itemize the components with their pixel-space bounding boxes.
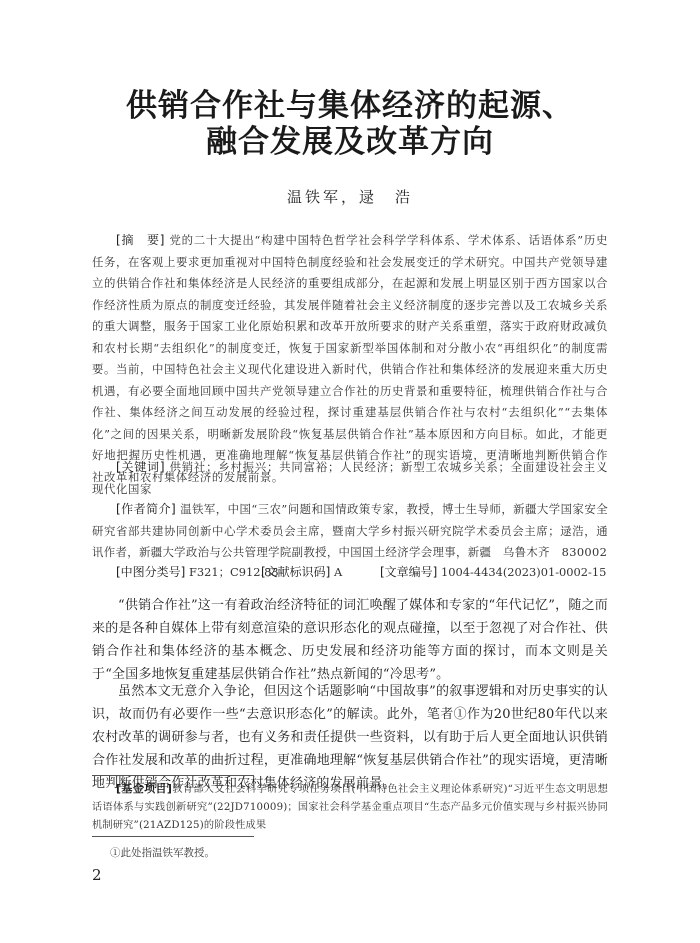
funding-note: [基金项目]教育部人文社会科学研究专项任务项目(中国特色社会主义理论体系研究)“… <box>92 780 608 835</box>
author-bio-label: [作者简介] <box>116 502 176 516</box>
clc-number: [中图分类号] F321；C912.83 <box>116 563 279 580</box>
funding-label: [基金项目] <box>116 782 172 795</box>
paper-page: 供销合作社与集体经济的起源、 融合发展及改革方向 温铁军，逯 浩 [摘 要] 党… <box>0 0 700 943</box>
page-number: 2 <box>92 866 102 884</box>
article-no-value: 1004-4434(2023)01-0002-15 <box>441 565 606 579</box>
body-paragraph: “供销合作社”这一有着政治经济特征的词汇唤醒了媒体和专家的“年代记忆”，随之而来… <box>92 594 608 686</box>
footnote-divider <box>92 775 254 776</box>
keywords-text: 供销社；乡村振兴；共同富裕；人民经济；新型工农城乡关系；全面建设社会主义现代化国… <box>92 460 608 496</box>
document-code: [文献标识码] A <box>261 563 342 580</box>
body-paragraph: 虽然本文无意介入争论，但因这个话题影响“中国故事”的叙事逻辑和对历史事实的认识，… <box>92 680 608 795</box>
doc-code-label: [文献标识码] <box>261 565 330 579</box>
article-no-label: [文章编号] <box>380 565 437 579</box>
keywords-label: [关键词] <box>116 460 165 474</box>
keywords: [关键词] 供销社；乡村振兴；共同富裕；人民经济；新型工农城乡关系；全面建设社会… <box>92 457 608 500</box>
abstract: [摘 要] 党的二十大提出“构建中国特色哲学社会科学学科体系、学术体系、话语体系… <box>92 230 608 488</box>
footnote-divider <box>92 836 254 837</box>
clc-label: [中图分类号] <box>116 565 185 579</box>
abstract-label: [摘 要] <box>116 233 165 247</box>
abstract-text: 党的二十大提出“构建中国特色哲学社会科学学科体系、学术体系、话语体系”历史任务，… <box>92 233 608 484</box>
author-bio: [作者简介] 温铁军，中国“三农”问题和国情政策专家，教授，博士生导师，新疆大学… <box>92 499 608 564</box>
doc-code-value: A <box>334 565 342 579</box>
article-number: [文章编号] 1004-4434(2023)01-0002-15 <box>380 563 606 580</box>
paper-title-line-2: 融合发展及改革方向 <box>60 122 640 162</box>
paper-title-line-1: 供销合作社与集体经济的起源、 <box>60 86 640 126</box>
authors: 温铁军，逯 浩 <box>0 186 700 207</box>
footnote: ①此处指温铁军教授。 <box>110 845 215 860</box>
